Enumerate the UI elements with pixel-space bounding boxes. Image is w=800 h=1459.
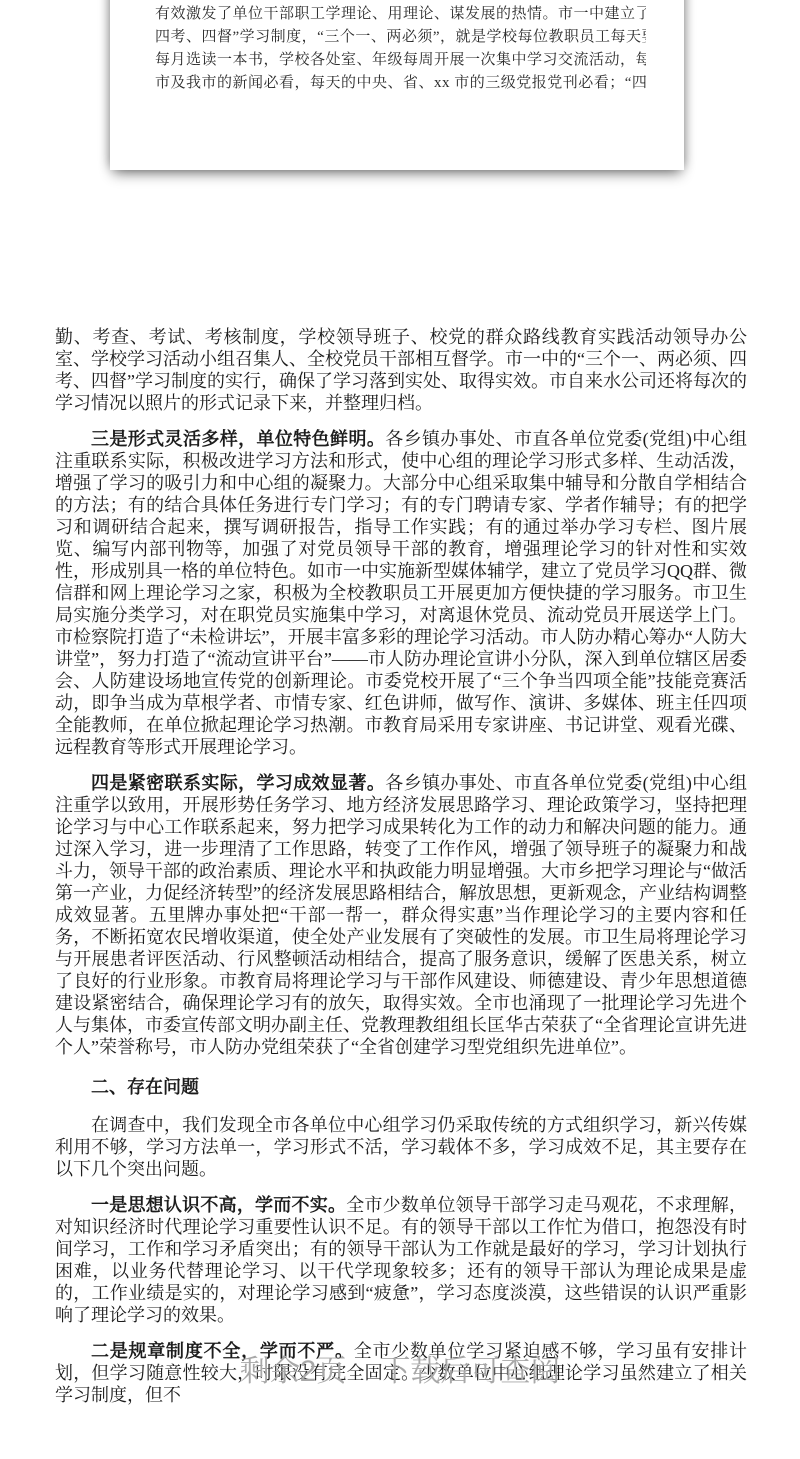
paragraph: 一是思想认识不高，学而不实。全市少数单位领导干部学习走马观花，不求理解，对知识经…	[55, 1194, 747, 1326]
paragraph-bold-lead: 三是形式灵活多样，单位特色鲜明。	[91, 429, 385, 449]
preview-page-line: 市及我市的新闻必看，每天的中央、省、xx 市的三级党报党刊必看；“四考、四督”就…	[155, 72, 646, 95]
download-to-view-hint: 下载后可查阅	[380, 1355, 560, 1388]
paragraph-bold-lead: 一是思想认识不高，学而不实。	[91, 1195, 346, 1215]
paragraph: 在调查中，我们发现全市各单位中心组学习仍采取传统的方式组织学习，新兴传媒利用不够…	[55, 1114, 747, 1180]
paragraph-bold-lead: 二、存在问题	[91, 1077, 199, 1097]
preview-page-line: 每月选读一本书，学校各处室、年级每周开展一次集中学习交流活动，每天的中央、省、x…	[155, 49, 646, 72]
paragraph: 勤、考查、考试、考核制度，学校领导班子、校党的群众路线教育实践活动领导办公室、学…	[55, 326, 747, 414]
paragraph: 三是形式灵活多样，单位特色鲜明。各乡镇办事处、市直各单位党委(党组)中心组注重联…	[55, 428, 747, 758]
preview-page-text: 有效激发了单位干部职工学理论、用理论、谋发展的热情。市一中建立了“三个一、两必须…	[155, 3, 646, 95]
remaining-pages-label: 剩余2页	[240, 1355, 347, 1388]
document-body: 勤、考查、考试、考核制度，学校领导班子、校党的群众路线教育实践活动领导办公室、学…	[55, 326, 747, 1420]
document-preview-page-card: 有效激发了单位干部职工学理论、用理论、谋发展的热情。市一中建立了“三个一、两必须…	[110, 0, 684, 170]
section-heading: 二、存在问题	[55, 1076, 747, 1098]
preview-footer: 剩余2页下载后可查阅	[0, 1352, 800, 1392]
preview-page-line: 有效激发了单位干部职工学理论、用理论、谋发展的热情。市一中建立了“三个一、两必须…	[155, 3, 646, 26]
paragraph-bold-lead: 四是紧密联系实际，学习成效显著。	[91, 773, 385, 793]
paragraph: 四是紧密联系实际，学习成效显著。各乡镇办事处、市直各单位党委(党组)中心组注重学…	[55, 772, 747, 1058]
preview-page-line: 四考、四督”学习制度，“三个一、两必须”，就是学校每位教职员工每天要确保自学一小…	[155, 26, 646, 49]
